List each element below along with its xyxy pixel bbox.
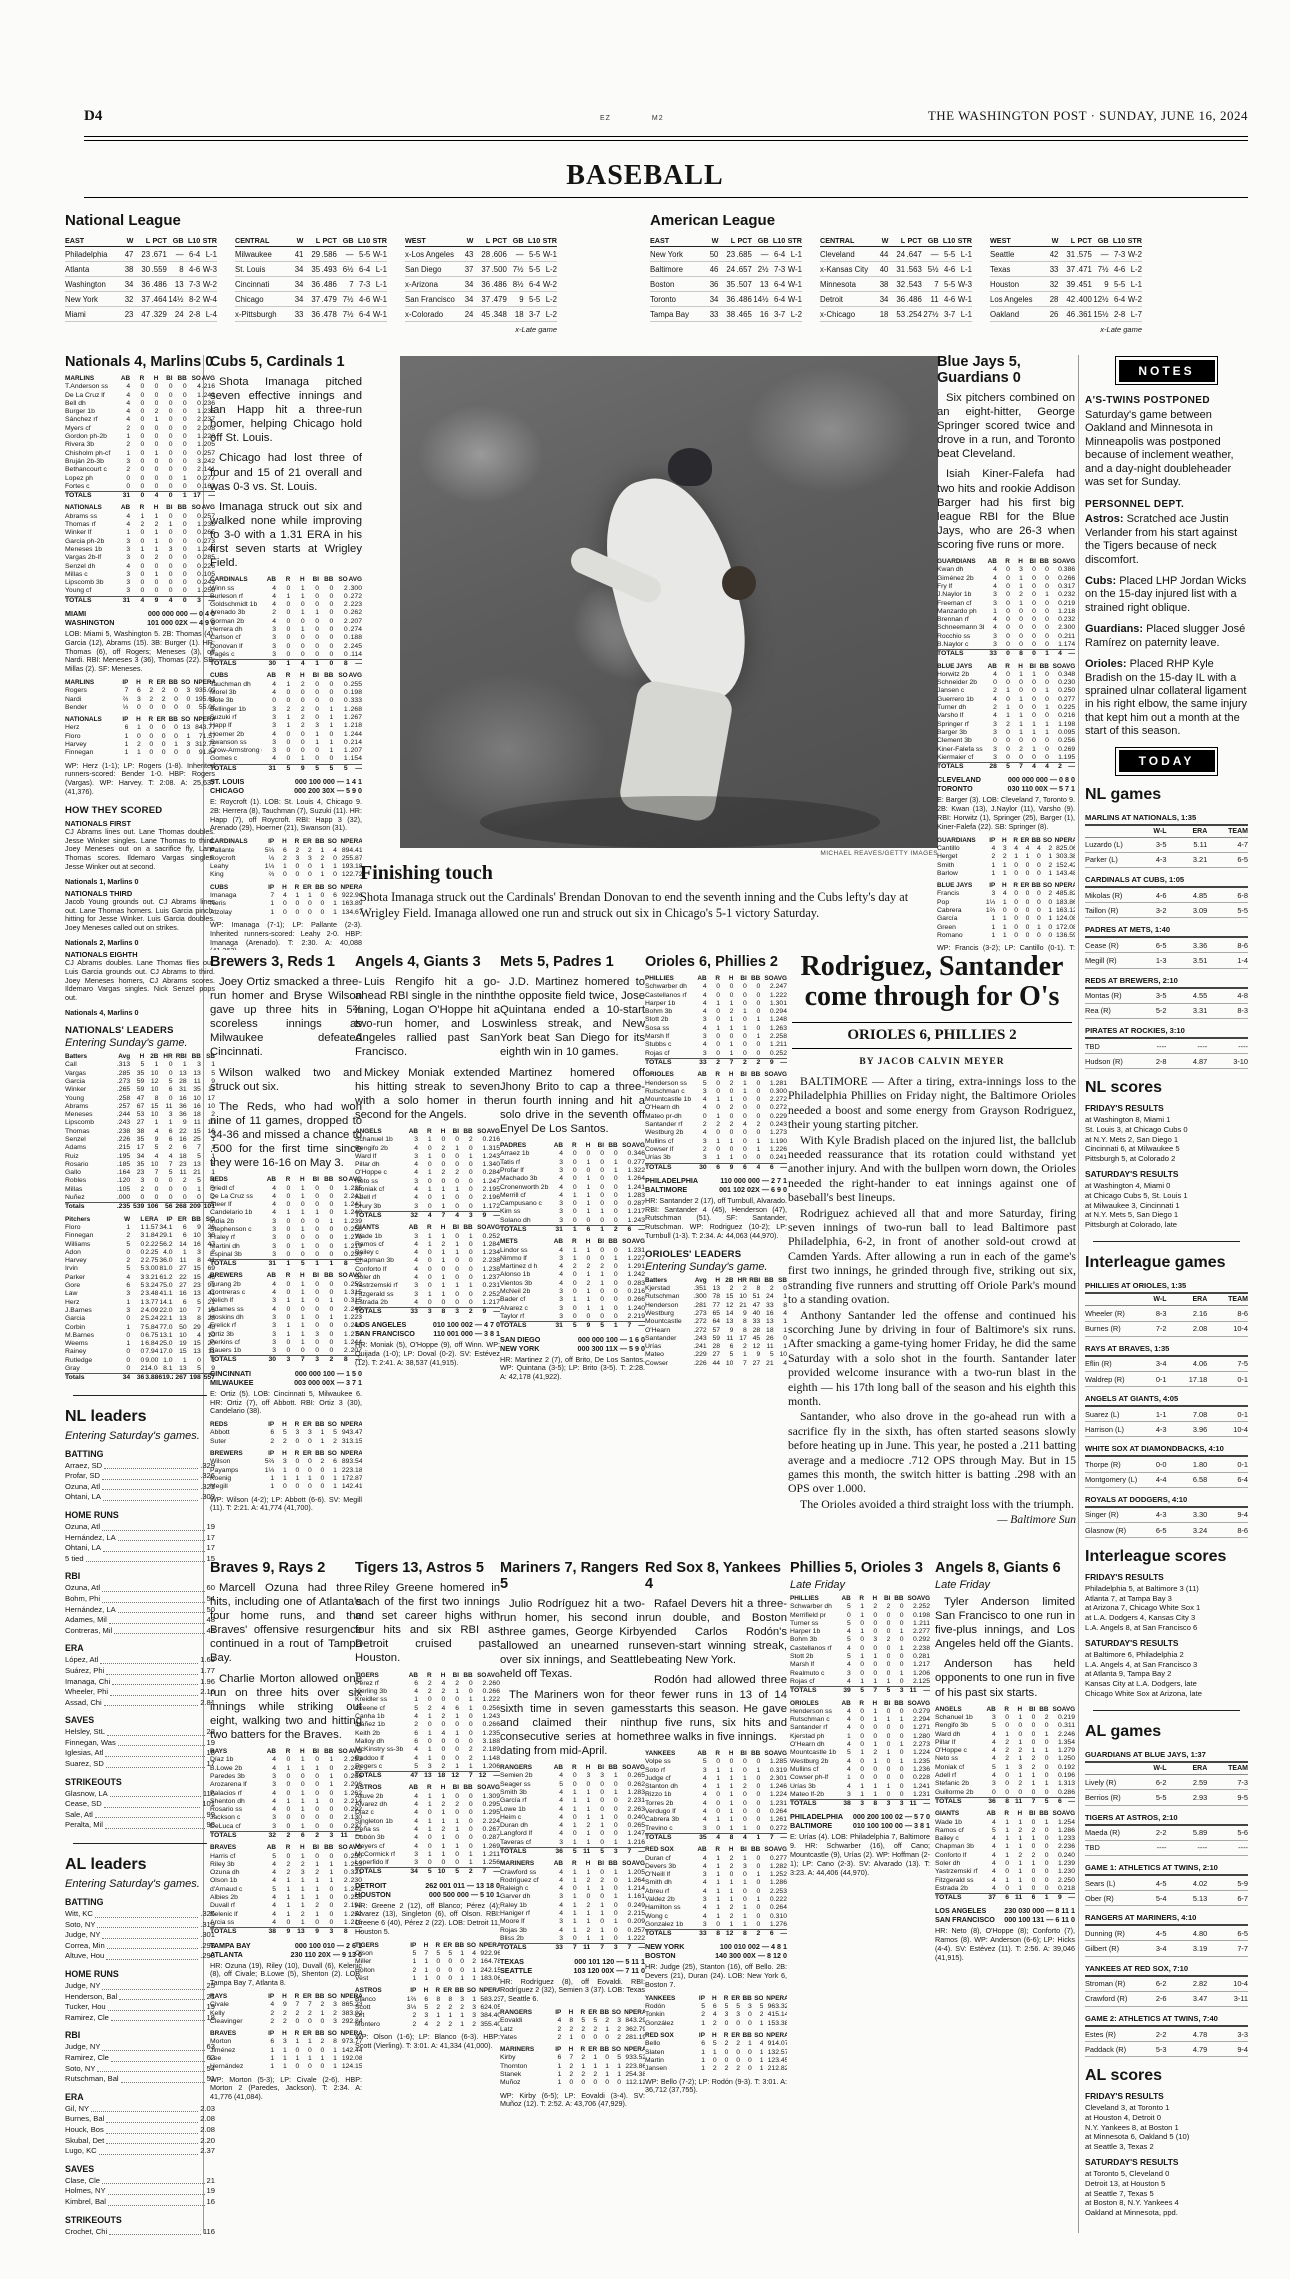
stat-cell: Haniger rf (500, 1910, 549, 1918)
stat-cell: 15 (187, 1128, 201, 1136)
stat-cell: 41.1 (158, 1290, 172, 1298)
stat-cell: 0 (563, 1159, 577, 1167)
linescore-row: CLEVELAND000 000 000 — 0 8 0 (937, 775, 1075, 784)
stat-cell: 2 (274, 1438, 287, 1446)
stat-row: Mountcastle 1b411002.272 (645, 1096, 787, 1104)
stat-table: RAYSIPHRERBBSONPERACivale497723865.23Kel… (210, 1993, 362, 2026)
leader-dots (91, 2111, 198, 2112)
standings-cell: 7½ (337, 307, 354, 322)
stat-cell: 1 (187, 546, 201, 554)
stat-col-label: R (276, 672, 290, 680)
stat-cell: Eovaldi (500, 2017, 549, 2025)
stat-cell: 0 (890, 1766, 903, 1774)
stat-team-label: RAYS (210, 1748, 262, 1756)
standings-cell: L-2 (540, 307, 557, 322)
stat-cell: 0 (707, 1104, 720, 1112)
stat-cell: 1 (116, 733, 128, 741)
stat-cell: 13 (720, 1318, 733, 1326)
stat-cell: Hamilton ss (645, 1904, 693, 1912)
stat-cell: Diaz c (355, 1809, 404, 1817)
stat-cell: 1 (851, 1612, 864, 1620)
stat-cell: 35 (130, 1070, 144, 1078)
stat-cell: 0 (319, 1226, 333, 1234)
stat-cell: 1 (1029, 924, 1040, 932)
stat-cell: 0 (130, 383, 144, 391)
stat-cell: 1 (290, 1289, 304, 1297)
stat-cell: 0 (851, 1774, 864, 1782)
stat-cell: 0 (432, 1859, 446, 1868)
standings-cell: 36 (303, 277, 320, 292)
stat-cell: 0 (116, 1315, 130, 1323)
stat-row: Finnegan11000091.84 (65, 749, 215, 757)
league-title: American League (650, 212, 1142, 229)
stat-cell: 7 (187, 1307, 201, 1315)
stat-cell: 4 (262, 618, 276, 626)
standings-cell: W-3 (200, 262, 217, 277)
game-headline: Blue Jays 5, Guardians 0 (937, 354, 1075, 386)
standings-cell: Minnesota (820, 277, 872, 292)
stat-cell: Albies 2b (210, 1894, 262, 1902)
stat-col-label: BI (305, 1272, 319, 1280)
stat-cell: 56 (158, 1203, 172, 1212)
stat-cell: Harris cf (210, 1853, 262, 1861)
stat-col-label: SO (464, 1942, 476, 1950)
stat-col-label: IP (693, 1995, 705, 2003)
stat-cell: 0 (432, 1299, 446, 1308)
stat-cell: 1 (187, 392, 201, 400)
stat-cell: Moore lf (500, 1918, 549, 1926)
stat-row: Heim c401100.240 (500, 1814, 645, 1822)
stat-cell: 34 (116, 1374, 130, 1383)
standings-cell: 33 (287, 307, 304, 322)
stat-row: Wade 1b411011.254 (935, 1819, 1075, 1827)
stat-cell: 0 (432, 1738, 446, 1746)
stat-row: Judge cf411102.301 (645, 1775, 787, 1783)
scores-group: SATURDAY'S RESULTSat Toronto 5, Clevelan… (1085, 2157, 1248, 2217)
linescore-row: HOUSTON000 500 000 — 5 10 1 (355, 1890, 500, 1899)
stat-cell: TOTALS (935, 1797, 983, 1806)
stat-cell: 1 (1023, 729, 1036, 737)
stat-cell: — (631, 1944, 645, 1953)
matchup-col-label: W-L (1126, 1763, 1167, 1775)
stat-cell: Meyers cf (355, 1843, 404, 1851)
stat-cell: 3 (324, 2001, 337, 2009)
stat-cell: 0 (276, 1218, 290, 1226)
stat-col-label: AVG (774, 1071, 787, 1079)
stat-cell: 1 (577, 1885, 591, 1893)
stat-cell: 4 (1023, 763, 1036, 772)
stat-cell: .205 (631, 1869, 645, 1877)
stat-cell: 1 (130, 546, 144, 554)
stat-cell: 1 (997, 687, 1010, 695)
stat-cell: 4 (747, 1163, 760, 1172)
stat-cell: 1 (276, 1894, 290, 1902)
stat-cell: Thomas rf (65, 521, 116, 529)
stat-cell: 1 (290, 1756, 304, 1764)
stat-cell: 3 (740, 2003, 752, 2011)
stat-row: Imanaga741106922.96 (210, 892, 362, 900)
standings-cell: 5-5 (524, 262, 541, 277)
stat-cell: 3 (984, 721, 997, 729)
linescore-team: MILWAUKEE (210, 1378, 269, 1387)
stat-cell: 0 (459, 1169, 473, 1177)
stat-row: Keith 2b614101.235 (355, 1730, 500, 1738)
stat-cell: 0 (459, 1721, 473, 1729)
stat-cell: 35 (476, 2021, 488, 2029)
stat-cell: O'Hoppe c (935, 1747, 983, 1755)
stat-cell: 8 (333, 1356, 347, 1365)
stat-cell: 1 (1049, 1780, 1062, 1788)
stat-cell: 2 (609, 2026, 621, 2034)
stat-row: Merrill cf411001.283 (500, 1192, 645, 1200)
stat-row: Rengifo 2b402101.315 (355, 1145, 500, 1153)
matchup: ANGELS AT GIANTS, 4:05Suarez (L)1-17.080… (1085, 1391, 1248, 1437)
stat-header-row: BattersAvgH2BHRRBIBBSB (65, 1053, 215, 1061)
stat-cell: Sosa ss (645, 1025, 693, 1033)
stat-cell: Shenton dh (210, 1798, 262, 1806)
label-box-text: NOTES (1119, 360, 1215, 382)
stat-cell: .277 (774, 1855, 787, 1863)
stat-cell: 0 (747, 1816, 760, 1824)
stat-cell: 0 (130, 433, 144, 441)
linescore-team: ST. LOUIS (210, 777, 261, 786)
stat-cell: 0 (418, 1282, 432, 1290)
leader-row: Helsley, StL23 (65, 1727, 215, 1738)
stat-cell: 1 (561, 2034, 573, 2042)
stat-cell: 8 (324, 2038, 337, 2046)
stat-cell: 5 (305, 764, 319, 773)
stat-cell: 0 (418, 1257, 432, 1265)
stat-header-row: MARLINSIPHRERBBSONPERA (65, 679, 215, 687)
stat-col-label: AB (983, 1810, 996, 1818)
leader-name: Crochet, Chi (65, 2227, 107, 2238)
stat-row: Jansen c210010.250 (937, 687, 1075, 695)
stat-cell: .264 (631, 1175, 645, 1183)
stat-col-label: R (707, 1750, 720, 1758)
stat-row: Adams.2151752671 (65, 1144, 215, 1152)
stat-cell: 4 (158, 596, 172, 605)
matchup-table: Montas (R)3-54.554-8Rea (R)5-23.318-3 (1085, 989, 1248, 1019)
stat-col-label: ERA (775, 1995, 787, 2003)
leader-name: Helsley, StL (65, 1727, 105, 1738)
stat-cell: 0 (707, 1921, 720, 1930)
stat-cell: 0 (720, 1146, 733, 1154)
stat-cell: 4 (404, 1834, 418, 1842)
stat-cell: 0 (130, 1332, 144, 1340)
stat-cell: 0 (577, 1150, 591, 1158)
standings-cell: 36 (888, 292, 905, 307)
stat-row: Duran cf412100.277 (645, 1855, 787, 1863)
matchup-cell: Paddack (R) (1085, 2042, 1126, 2057)
stat-cell: 3 (877, 1800, 890, 1809)
stat-cell: 4 (116, 563, 130, 571)
stat-cell: 2 (720, 1080, 733, 1088)
stat-row: Pop1⅓10000183.86 (937, 899, 1075, 907)
stat-cell: 1 (324, 1475, 337, 1483)
stat-cell: 0 (747, 1791, 760, 1799)
stat-cell: 0 (418, 1194, 432, 1202)
stat-cell: 0 (1036, 608, 1049, 616)
stat-cell: 0 (1010, 679, 1023, 687)
leader-dots (104, 1807, 201, 1808)
stat-cell: 1 (262, 1475, 275, 1483)
stat-row: Young.2584780161017 (65, 1095, 215, 1103)
stat-cell: .217 (917, 1661, 930, 1669)
stat-col-label: H (274, 2030, 287, 2038)
leader-dots (104, 1705, 198, 1706)
stat-cell: 1 (1009, 1772, 1022, 1780)
stat-cell: 1 (604, 1255, 618, 1263)
stat-cell: 9 (473, 1211, 487, 1220)
stat-cell: .294 (917, 1716, 930, 1724)
stat-cell: 0 (1023, 696, 1036, 704)
standings-cell: 35 (718, 277, 735, 292)
stat-cell: 0 (747, 1855, 760, 1863)
stat-cell: 0 (604, 1305, 618, 1313)
stat-cell: 1 (563, 1822, 577, 1830)
stat-cell: 0 (305, 1773, 319, 1781)
stat-cell: 0 (1035, 1827, 1048, 1835)
stat-cell: 41 (763, 2011, 775, 2019)
standings-cell: — (507, 247, 524, 262)
standings-cell: 5-5 (354, 247, 371, 262)
stat-row: Realmuto c300011.206 (790, 1670, 930, 1678)
stat-cell: Roycroft (210, 855, 262, 863)
stat-cell: .277 (917, 1628, 930, 1636)
stat-col-label: SO (618, 1860, 632, 1868)
stat-cell: Varsho lf (937, 712, 984, 720)
col-redsox: Red Sox 8, Yankees 4Rafael Devers hit a … (645, 1558, 787, 2238)
stat-cell: 1 (276, 1902, 290, 1910)
stat-cell: 0 (459, 1793, 473, 1801)
stat-row: Irvin553.0081.0271569 (65, 1265, 215, 1273)
stat-cell: 3 (404, 1859, 418, 1868)
stat-row: Duran dh412100.265 (500, 1822, 645, 1830)
leader-name: Profar, SD (65, 1471, 100, 1482)
stat-cell: 7 (590, 1944, 604, 1953)
leader-dots (109, 1623, 205, 1624)
stat-cell: 0 (733, 1050, 746, 1059)
stat-cell: 1 (1009, 1714, 1022, 1722)
stat-cell: 2 (459, 1308, 473, 1317)
stat-cell: 0 (459, 1241, 473, 1249)
stat-cell: 0 (1010, 737, 1023, 745)
matchup-cell: 1-4 (1207, 953, 1248, 968)
stat-cell: 0 (287, 2018, 300, 2026)
stat-cell: 9 (1049, 1894, 1062, 1903)
stat-cell: 1 (707, 1096, 720, 1104)
stat-cell: .120 (116, 1177, 130, 1185)
stat-cell: 0 (590, 1184, 604, 1192)
stat-cell: 7 (190, 733, 202, 741)
stat-cell: 0 (1049, 671, 1062, 679)
stat-cell: Schanuel 1b (935, 1714, 983, 1722)
stat-cell: 2 (274, 2010, 287, 2018)
stat-cell: 4 (274, 892, 287, 900)
matchup-title: RANGERS AT MARINERS, 4:10 (1085, 1910, 1248, 1926)
stat-cell: 1 (319, 1861, 333, 1869)
stat-cell: .273 (116, 1078, 130, 1086)
stat-cell: 0 (707, 1808, 720, 1816)
stat-cell: 0 (445, 1266, 459, 1274)
linescore-innings: 030 110 00X — 5 7 1 (991, 784, 1075, 793)
stat-cell: 0 (747, 1050, 760, 1059)
leader-row: 5 tied15 (65, 1554, 215, 1565)
stat-cell: 1 (1036, 721, 1049, 729)
stat-cell: 1 (274, 1467, 287, 1475)
stat-cell: Blanco (355, 1996, 404, 2004)
stat-cell: 1 (262, 909, 275, 917)
leaders-group: RBIOzuna, Atl60Bohm, Phi54Hernández, LA5… (65, 1571, 215, 1636)
stat-cell: .280 (917, 1733, 930, 1741)
matchup-cell: 0-1 (1207, 1371, 1248, 1386)
stat-cell: 1 (432, 1274, 446, 1282)
stat-cell: 15 (720, 1293, 733, 1301)
stat-cell: 8 (733, 1327, 746, 1335)
stat-col-label: SO (333, 1844, 347, 1852)
stat-cell: 2 (747, 1121, 760, 1129)
notes-paragraph: Astros: Scratched ace Justin Verlander f… (1085, 513, 1248, 567)
stat-row: Rosario ss401000.292 (210, 1806, 362, 1814)
stat-col-label: BB (319, 672, 333, 680)
stat-cell: 1 (1036, 687, 1049, 695)
stat-cell: Guerrero 1b (937, 696, 984, 704)
stat-cell: 1 (733, 1904, 746, 1912)
standings-cell: 6-4 (354, 262, 371, 277)
stat-cell: 1 (590, 1226, 604, 1235)
stat-cell: Senzel (65, 1136, 116, 1144)
standings-col-label: GB (752, 235, 769, 247)
stat-cell: 1 (445, 1688, 459, 1696)
stat-cell: Santander rf (645, 1121, 693, 1129)
stat-cell: TOTALS (355, 1868, 404, 1877)
stat-row: Adon002.254.0132 (65, 1249, 215, 1257)
stat-cell: 1 (733, 1775, 746, 1783)
stat-cell: 0 (445, 1809, 459, 1817)
matchup-cell: Harrison (L) (1085, 1422, 1126, 1437)
stat-cell: 1 (984, 915, 995, 923)
stat-cell: 15 (1052, 862, 1063, 870)
stat-cell: Goldschmidt 1b (210, 601, 262, 609)
stat-cell: 2 (984, 704, 997, 712)
stat-cell: .286 (774, 1879, 787, 1887)
stat-cell: 1 (733, 1825, 746, 1834)
stat-cell: Moniak cf (355, 1186, 404, 1194)
stat-row: Raley 1b412100.249 (500, 1902, 645, 1910)
stat-cell: 38 (130, 1128, 144, 1136)
section-title: BASEBALL (0, 160, 1290, 192)
stat-cell: .273 (693, 1310, 706, 1318)
stat-row: McKinstry ss-3b410022.189 (355, 1746, 500, 1754)
stat-cell: 1 (1022, 1860, 1035, 1868)
stat-col-label: H (577, 1764, 591, 1772)
agate-note: WP: Morton (5-3); LP: Civale (2-6). HBP:… (210, 2076, 362, 2102)
stat-cell: 3 (404, 1136, 418, 1144)
stat-cell: 0 (851, 1716, 864, 1724)
stat-cell: 0 (890, 1653, 903, 1661)
stat-cell: 1 (290, 585, 304, 593)
stat-cell: 0 (312, 909, 325, 917)
stat-cell: 4 (404, 1266, 418, 1274)
matchup-row: Suarez (L)1-17.080-1 (1085, 1407, 1248, 1422)
stat-cell: Arozarena lf (210, 1781, 262, 1789)
stat-cell: 8 (720, 1833, 733, 1842)
stat-col-label: AB (838, 1700, 851, 1708)
stat-cell: .196 (486, 1194, 500, 1202)
stat-cell: 1 (276, 660, 290, 669)
stat-cell: 0 (1023, 583, 1036, 591)
stat-col-label: SO (473, 1784, 487, 1792)
stat-cell: 1 (597, 2026, 609, 2034)
stat-col-label: R (287, 884, 300, 892)
matchup-cell: 5-6 (1207, 1826, 1248, 1841)
stat-cell: 1 (604, 1789, 618, 1797)
stat-cell: 44 (707, 1360, 720, 1368)
stat-cell: 0 (276, 643, 290, 651)
stat-cell: 25 (621, 2071, 633, 2079)
stat-cell: 0 (851, 1620, 864, 1628)
stat-col-label: H (130, 1053, 144, 1061)
stat-cell: 4 (549, 1280, 563, 1288)
stat-cell: 0 (577, 1255, 591, 1263)
linescore-team: SEATTLE (500, 1966, 545, 1975)
stat-cell: 0 (740, 2049, 752, 2057)
leader-name: Judge, NY (65, 1930, 100, 1941)
stat-col-label: H (1010, 663, 1023, 671)
stat-cell: Henderson ss (645, 1080, 693, 1088)
standings-cell: L-1 (955, 262, 972, 277)
stat-cell: 17.0 (158, 1348, 172, 1356)
stat-cell: 1 (404, 1975, 416, 1983)
stat-cell: — (631, 1226, 645, 1235)
leader-row: Soto, NY.319 (65, 1920, 215, 1931)
stat-cell: Mateo lf-2b (790, 1791, 838, 1800)
stat-cell: 0 (1035, 1772, 1048, 1780)
stat-cell: 14.04 (144, 1365, 158, 1374)
stat-cell: 0 (1023, 650, 1036, 659)
stat-cell: 4 (262, 1869, 276, 1877)
stat-cell: Verdugo lf (645, 1808, 693, 1816)
stat-cell: 2 (473, 1680, 487, 1688)
stat-cell: 1 (473, 1713, 487, 1721)
stat-cell: 1 (904, 1749, 917, 1757)
matchup-cell: 3.24 (1167, 1523, 1208, 1538)
stat-cell: 4 (130, 596, 144, 605)
stat-cell: 3 (158, 1111, 172, 1119)
stat-cell: 7 (561, 2054, 573, 2062)
stat-cell: 1 (877, 1678, 890, 1687)
stat-team-label: MARINERS (500, 1860, 549, 1868)
stat-row: Rivera 3b200001.205 (65, 441, 215, 449)
stat-cell: 2 (1009, 1780, 1022, 1788)
matchup-row: Montas (R)3-54.554-8 (1085, 989, 1248, 1004)
stat-cell: 3.23 (488, 1996, 500, 2004)
stat-cell: 5 (116, 1241, 130, 1249)
stat-cell: 11 (577, 1848, 591, 1857)
stat-col-label: H (864, 1700, 877, 1708)
stat-cell: 13 (418, 1772, 432, 1781)
stat-cell: 0 (864, 1645, 877, 1653)
article-body: BALTIMORE — After a tiring, extra-inning… (788, 1074, 1076, 1511)
stat-cell: 1 (549, 2079, 561, 2087)
stat-row: Abbott653315943.47 (210, 1429, 362, 1437)
matchup-cell: ---- (1207, 1840, 1248, 1855)
stat-cell: 0 (324, 855, 337, 863)
story-paragraph: Rodón had allowed three or fewer runs in… (645, 1673, 787, 1743)
stat-table: NATIONALSABRHBIBBSOAVGAbrams ss411000.25… (65, 504, 215, 605)
stat-cell: 1 (733, 1088, 746, 1096)
matchup-row: Hudson (R)2-84.873-10 (1085, 1054, 1248, 1069)
